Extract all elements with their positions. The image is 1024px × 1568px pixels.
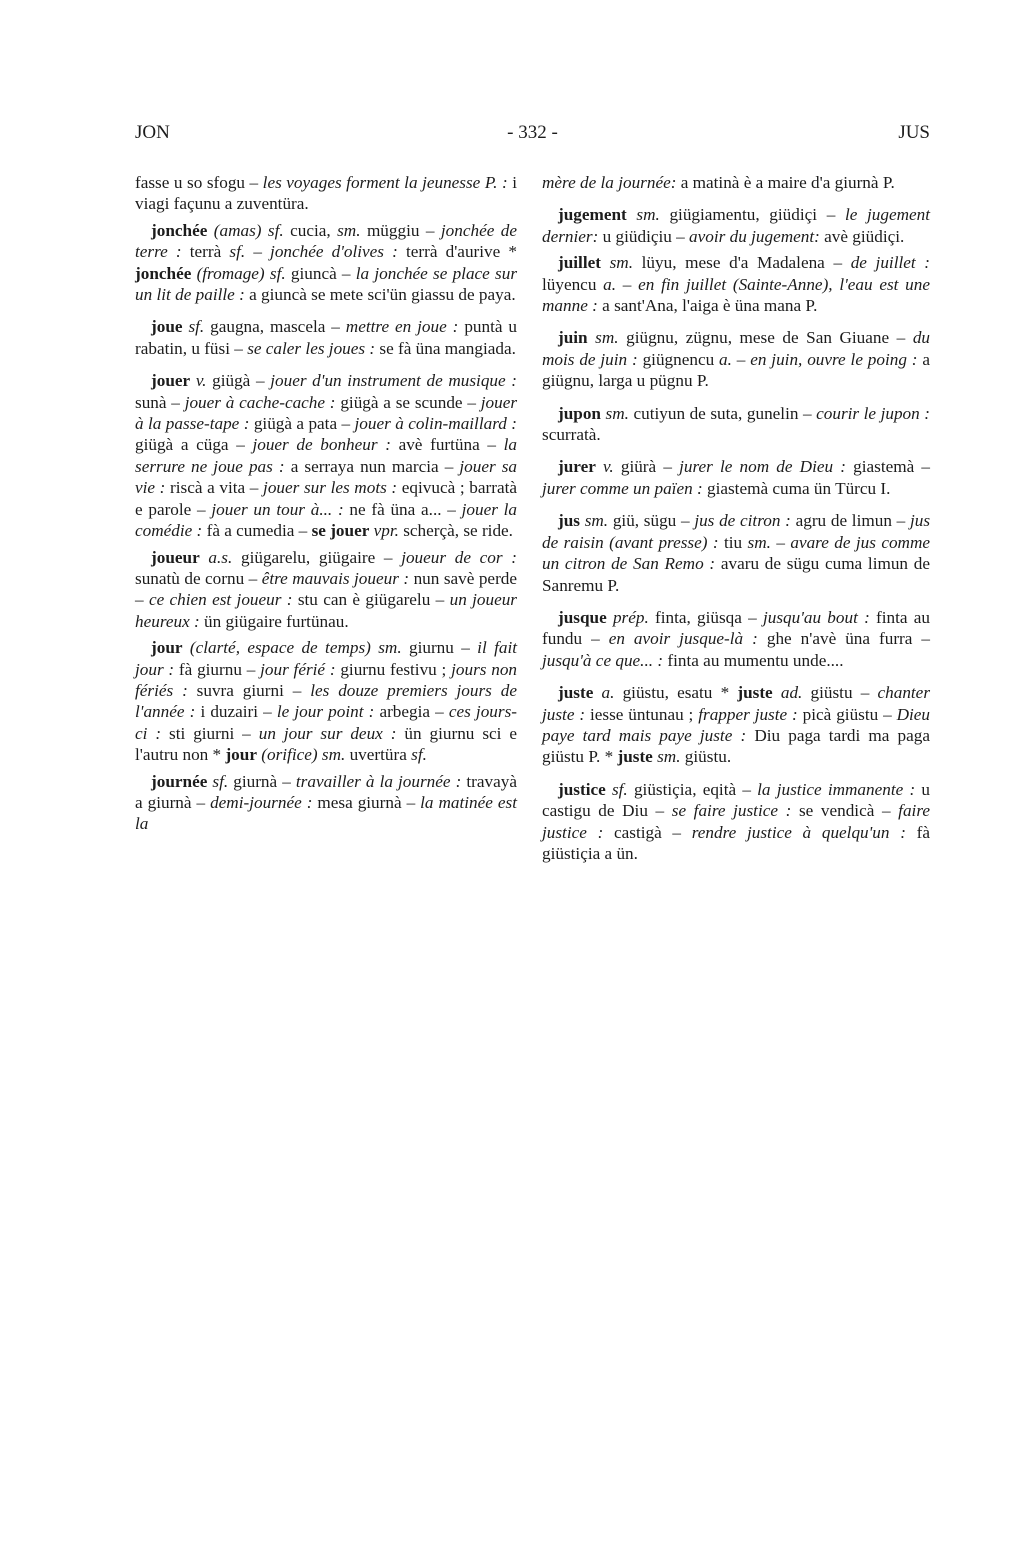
- dictionary-entry: jusque prép. finta, giüsqa – jusqu'au bo…: [542, 607, 930, 671]
- dictionary-entry: juste a. giüstu, esatu * juste ad. giüst…: [542, 682, 930, 768]
- dictionary-entry: jupon sm. cutiyun de suta, gunelin – cou…: [542, 403, 930, 446]
- dictionary-entry: mère de la journée: a matinà è a maire d…: [542, 172, 930, 193]
- dictionary-entry: jouer v. giügà – jouer d'un instrument d…: [135, 370, 517, 541]
- left-column: fasse u so sfogu – les voyages forment l…: [135, 172, 517, 840]
- running-header: JON - 332 - JUS: [135, 122, 930, 146]
- dictionary-entry: jus sm. giü, sügu – jus de citron : agru…: [542, 510, 930, 596]
- dictionary-entry: juin sm. giügnu, zügnu, mese de San Giua…: [542, 327, 930, 391]
- dictionary-entry: joue sf. gaugna, mascela – mettre en jou…: [135, 316, 517, 359]
- right-column: mère de la journée: a matinà è a maire d…: [542, 172, 930, 869]
- dictionary-entry: fasse u so sfogu – les voyages forment l…: [135, 172, 517, 215]
- dictionary-entry: jugement sm. giügiamentu, giüdiçi – le j…: [542, 204, 930, 247]
- right-guide-word: JUS: [898, 122, 930, 144]
- dictionary-entry: journée sf. giurnà – travailler à la jou…: [135, 771, 517, 835]
- dictionary-entry: jour (clarté, espace de temps) sm. giurn…: [135, 637, 517, 765]
- page-number: - 332 -: [135, 122, 930, 144]
- dictionary-entry: jonchée (amas) sf. cucia, sm. müggiu – j…: [135, 220, 517, 306]
- dictionary-entry: justice sf. giüstiçia, eqità – la justic…: [542, 779, 930, 865]
- dictionary-entry: joueur a.s. giügarelu, giügaire – joueur…: [135, 547, 517, 633]
- dictionary-entry: jurer v. giürà – jurer le nom de Dieu : …: [542, 456, 930, 499]
- dictionary-entry: juillet sm. lüyu, mese d'a Madalena – de…: [542, 252, 930, 316]
